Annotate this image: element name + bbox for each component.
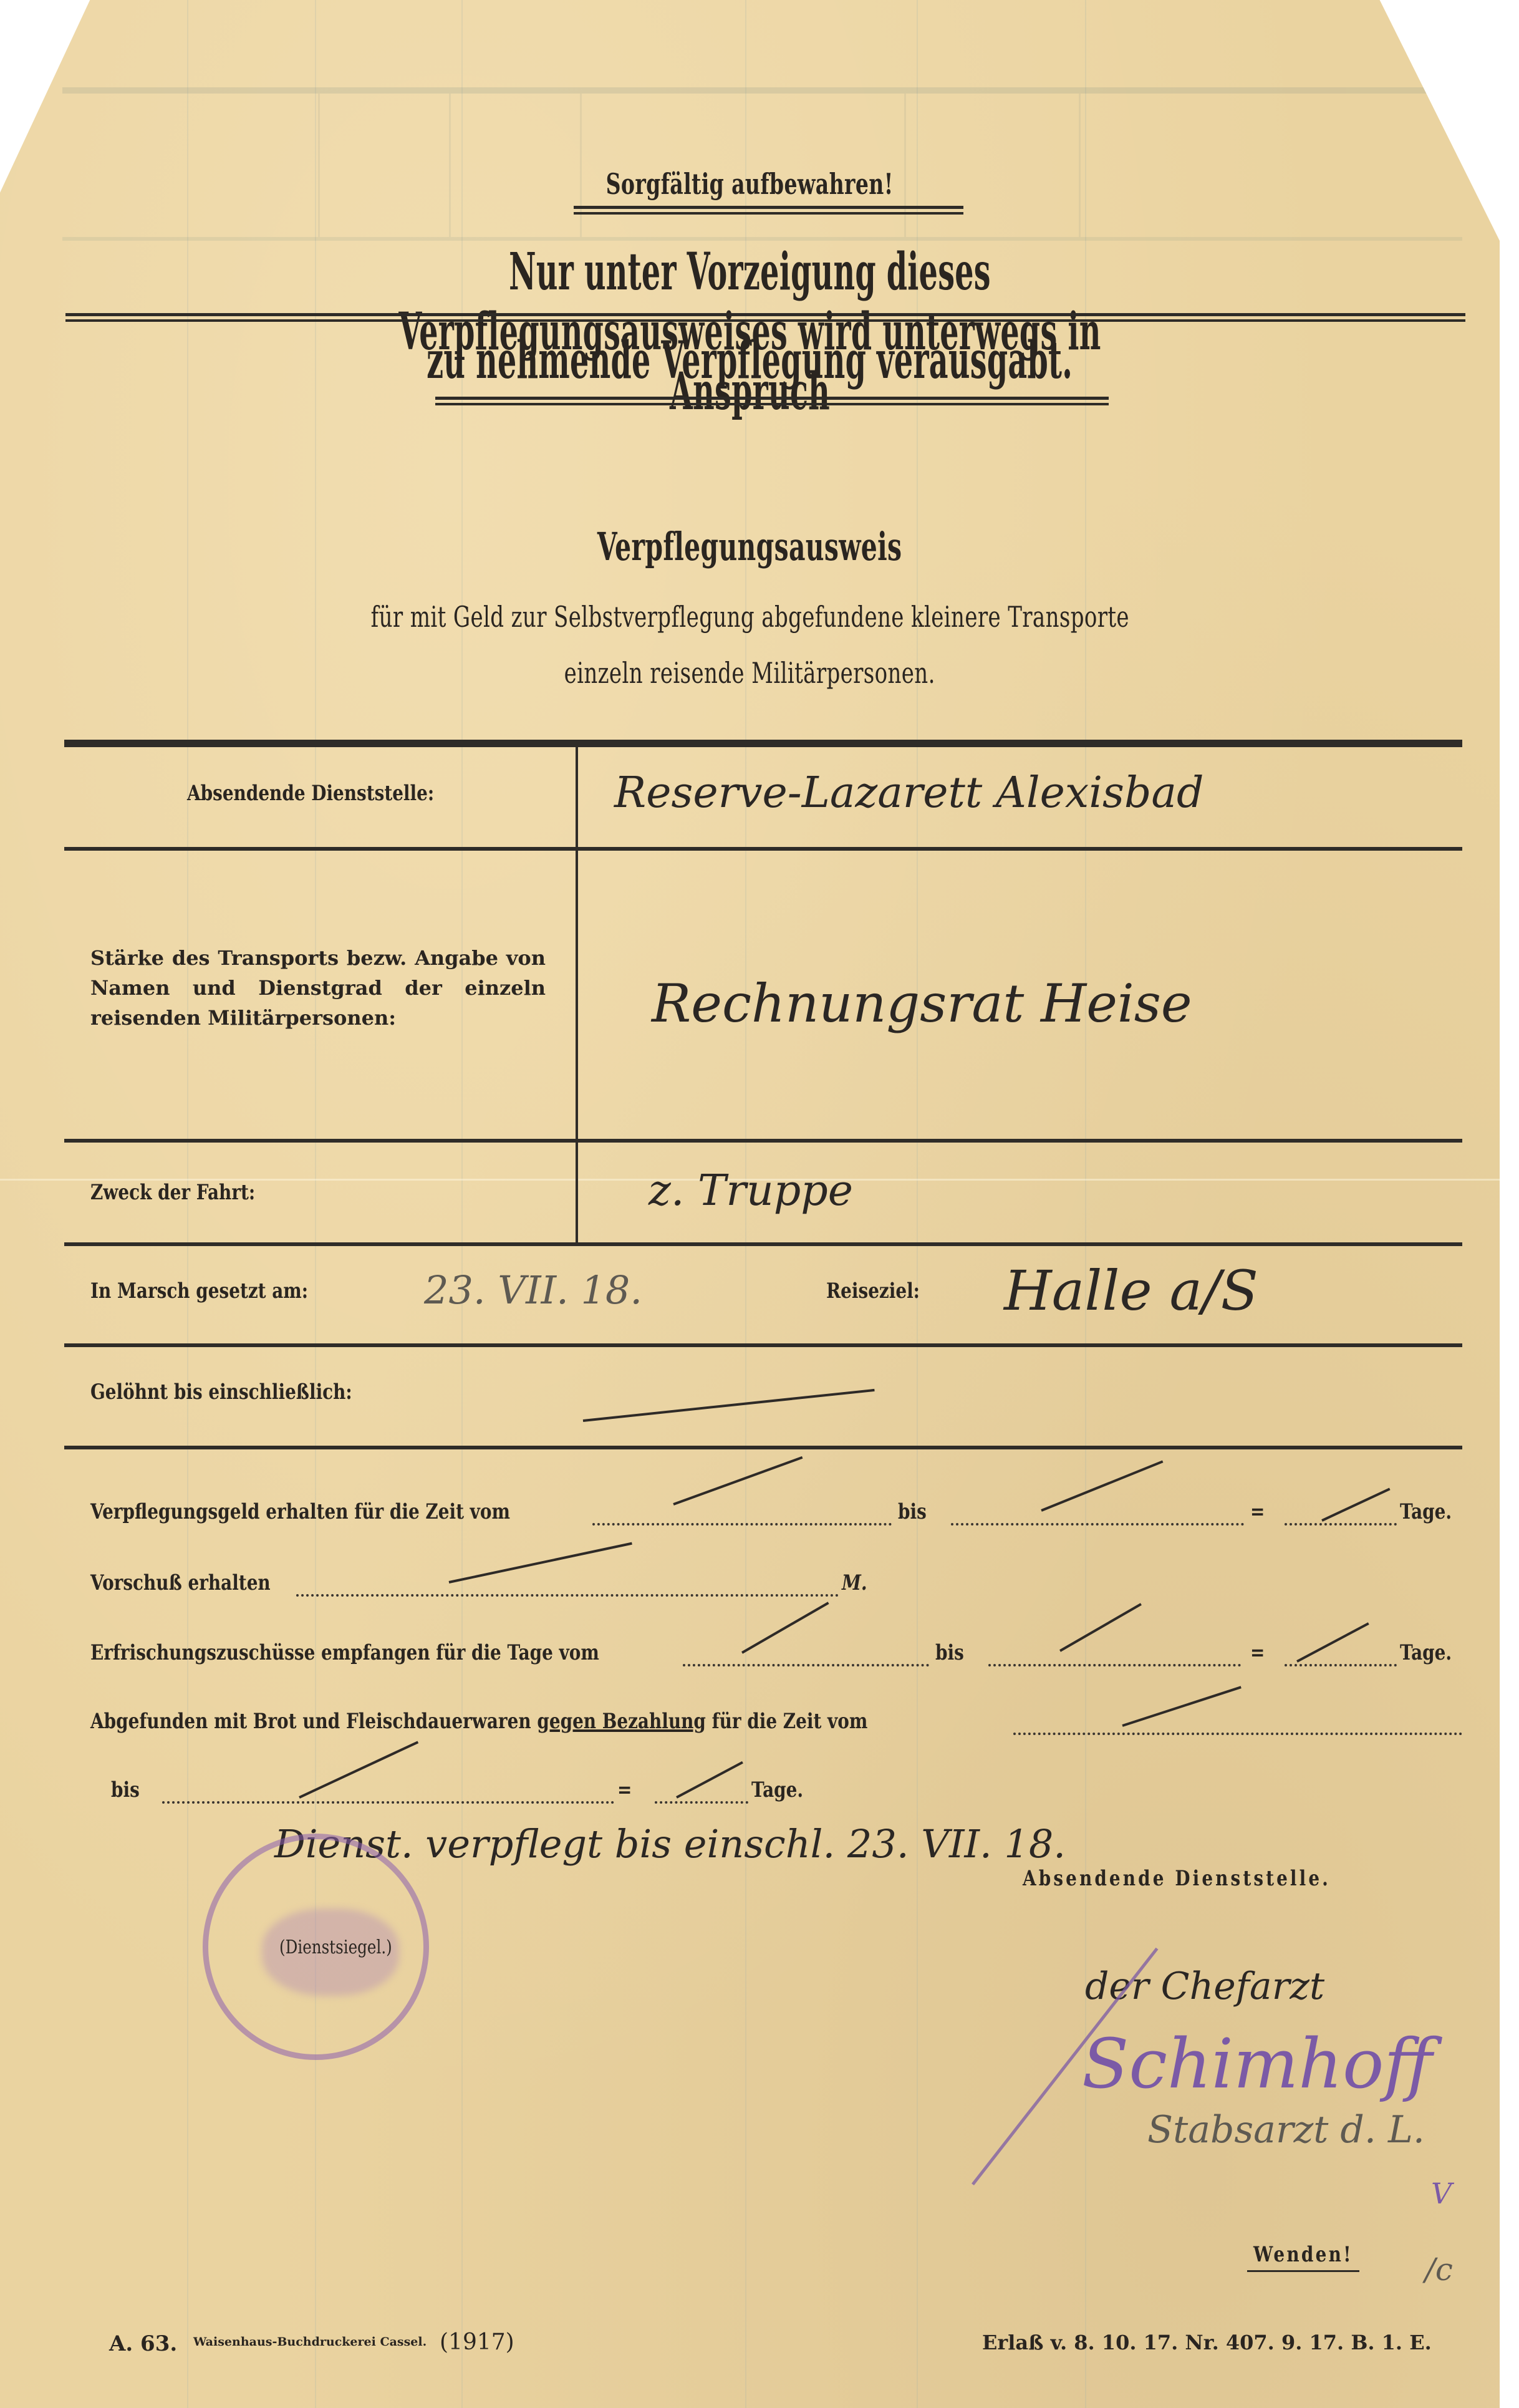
field-value-zweck-der-fahrt[interactable]: z. Truppe (649, 1166, 853, 1216)
strike-mark (673, 1456, 803, 1506)
erfrischung-days-field[interactable] (1285, 1664, 1397, 1666)
headline-line2-underline (435, 397, 1109, 405)
handwritten-annotation: Dienst. verpflegt bis einschl. 23. VII. … (274, 1821, 1066, 1867)
tage-label: Tage. (1400, 1499, 1452, 1524)
margin-mark: V (1431, 2177, 1452, 2210)
verpflegungsgeld-days-field[interactable] (1285, 1523, 1397, 1526)
issuer-label: Absendende Dienststelle. (1023, 1866, 1331, 1891)
equals-sign: = (617, 1777, 632, 1802)
erfrischung-label: Erfrischungszuschüsse empfangen für die … (90, 1640, 599, 1665)
header-note: Sorgfältig aufbewahren! (0, 167, 1500, 201)
headline-underline (65, 313, 1465, 322)
table-rule (64, 847, 1462, 851)
abgefunden-bis-label: bis (111, 1777, 140, 1802)
table-rule (64, 1139, 1462, 1143)
field-label-staerke-transport: Stärke des Transports bezw. Angabe von N… (90, 943, 546, 1033)
strike-mark (1059, 1603, 1142, 1651)
field-label-geloehnt-bis: Gelöhnt bis einschließlich: (90, 1380, 352, 1405)
strike-mark (1321, 1487, 1390, 1521)
mark-currency: M. (842, 1570, 867, 1595)
headline-line2: zu nehmende Verpflegung verausgabt. (0, 331, 1500, 390)
erfrischung-bis-label: bis (935, 1640, 964, 1665)
strike-mark (1041, 1460, 1163, 1511)
verpflegungsgeld-to-field[interactable] (951, 1523, 1244, 1526)
signature-rank: Stabsarzt d. L. (1147, 2108, 1425, 2152)
margin-mark: /c (1425, 2251, 1453, 2288)
field-value-reiseziel[interactable]: Halle a/S (1004, 1259, 1258, 1323)
erfrischung-from-field[interactable] (683, 1664, 929, 1666)
field-label-in-marsch-gesetzt: In Marsch gesetzt am: (90, 1279, 308, 1303)
abgefunden-label: Abgefunden mit Brot und Fleischdauerware… (90, 1709, 867, 1734)
field-value-staerke-transport[interactable]: Rechnungsrat Heise (652, 973, 1192, 1034)
header-note-underline (574, 206, 963, 215)
verpflegungsgeld-label: Verpflegungsgeld erhalten für die Zeit v… (90, 1499, 510, 1524)
turn-over-note: Wenden! (1253, 2242, 1353, 2267)
signature-title: der Chefarzt (1085, 1965, 1324, 2008)
tage-label: Tage. (1400, 1640, 1452, 1665)
form-subtitle-line1: für mit Geld zur Selbstverpflegung abgef… (0, 600, 1500, 634)
table-rule (64, 1446, 1462, 1449)
reverse-side-bleed-through (62, 87, 1462, 241)
strike-mark (1296, 1622, 1369, 1663)
tage-label: Tage. (751, 1777, 803, 1802)
form-subtitle-line2: einzeln reisende Militärpersonen. (0, 656, 1500, 690)
erfrischung-to-field[interactable] (988, 1664, 1241, 1666)
strike-mark (676, 1761, 743, 1799)
equals-sign: = (1250, 1499, 1265, 1524)
dienstsiegel-label: (Dienstsiegel.) (279, 1937, 392, 1958)
decree-reference: Erlaß v. 8. 10. 17. Nr. 407. 9. 17. B. 1… (982, 2331, 1432, 2354)
strike-mark (1122, 1686, 1241, 1727)
form-title: Verpflegungsausweis (0, 524, 1500, 569)
field-label-absendende-dienststelle: Absendende Dienststelle: (187, 781, 434, 806)
table-top-rule (64, 740, 1462, 747)
verpflegungsgeld-bis-label: bis (898, 1499, 927, 1524)
verpflegungsgeld-from-field[interactable] (592, 1523, 892, 1526)
table-rule (64, 1343, 1462, 1347)
field-label-zweck-der-fahrt: Zweck der Fahrt: (90, 1180, 255, 1205)
field-value-geloehnt-bis-strike[interactable] (583, 1389, 875, 1422)
table-column-divider (576, 747, 578, 1242)
table-rule (64, 1242, 1462, 1246)
turn-over-underline (1247, 2270, 1359, 2275)
vorschuss-label: Vorschuß erhalten (90, 1570, 271, 1595)
field-value-in-marsch-gesetzt[interactable]: 23. VII. 18. (424, 1267, 642, 1313)
abgefunden-days-field[interactable] (655, 1801, 748, 1804)
abgefunden-to-field[interactable] (162, 1801, 614, 1804)
strike-mark (299, 1741, 418, 1798)
form-number: A. 63. (109, 2331, 177, 2356)
abgefunden-from-field[interactable] (1013, 1733, 1462, 1735)
printer-name: Waisenhaus-Buchdruckerei Cassel. (193, 2335, 427, 2349)
field-label-reiseziel: Reiseziel: (826, 1279, 920, 1303)
print-year: (1917) (440, 2329, 514, 2355)
vorschuss-field[interactable] (296, 1594, 839, 1597)
signature-name: Schimhoff (1082, 2024, 1432, 2104)
equals-sign: = (1250, 1640, 1265, 1665)
strike-mark (449, 1542, 632, 1584)
strike-mark (741, 1602, 829, 1653)
document-page: Sorgfältig aufbewahren! Nur unter Vorzei… (0, 0, 1500, 2408)
field-value-absendende-dienststelle[interactable]: Reserve-Lazarett Alexisbad (614, 768, 1204, 818)
